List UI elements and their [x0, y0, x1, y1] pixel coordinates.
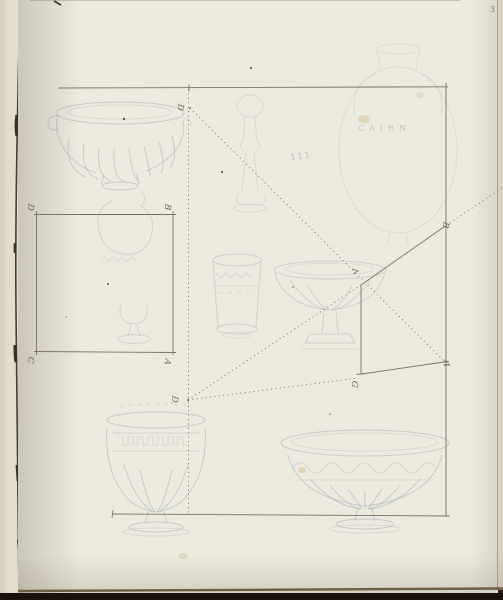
binding-edge [0, 0, 20, 593]
vanishing-point [187, 399, 189, 401]
sketchbook-page-scan: CAIRN 111 D B A [0, 0, 503, 600]
faint-inscription: CAIRN [358, 124, 411, 133]
page-number: 3 [490, 5, 495, 14]
label-vanishing: D. [168, 394, 180, 406]
scan-canvas: CAIRN 111 D B A [0, 0, 503, 600]
paper-sheet [18, 0, 503, 593]
page-edge-strip [498, 0, 503, 590]
point-d [189, 107, 191, 109]
